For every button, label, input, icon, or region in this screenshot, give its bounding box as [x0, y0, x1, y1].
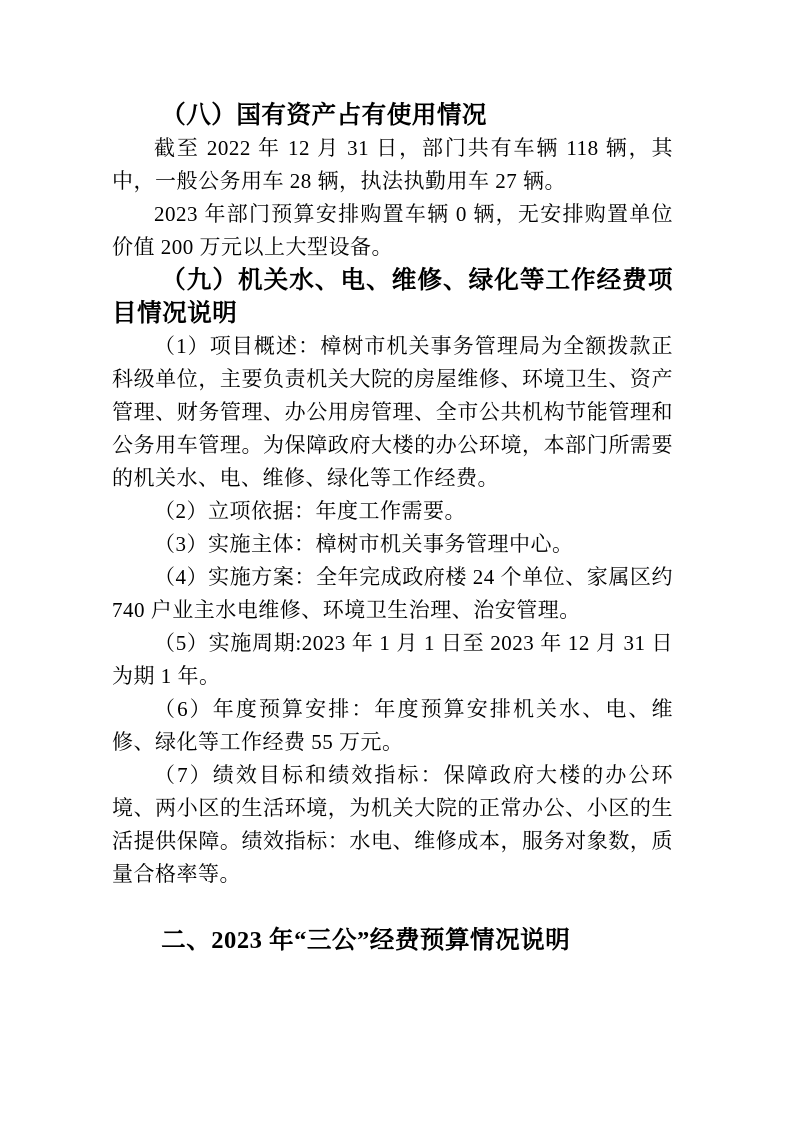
blank-line: [112, 891, 673, 924]
paragraph-vehicle-purchase-plan: 2023 年部门预算安排购置车辆 0 辆，无安排购置单位价值 200 万元以上大…: [112, 198, 673, 264]
paragraph-project-plan: （4）实施方案：全年完成政府楼 24 个单位、家属区约 740 户业主水电维修、…: [112, 561, 673, 627]
heading-state-assets-usage: （八）国有资产占有使用情况: [112, 99, 673, 132]
paragraph-project-overview: （1）项目概述：樟树市机关事务管理局为全额拨款正科级单位，主要负责机关大院的房屋…: [112, 330, 673, 495]
paragraph-vehicle-ownership: 截至 2022 年 12 月 31 日，部门共有车辆 118 辆，其中，一般公务…: [112, 132, 673, 198]
paragraph-project-annual-budget: （6）年度预算安排：年度预算安排机关水、电、维修、绿化等工作经费 55 万元。: [112, 693, 673, 759]
heading-sangong-expense-budget: 二、2023 年“三公”经费预算情况说明: [112, 924, 673, 957]
paragraph-project-period: （5）实施周期:2023 年 1 月 1 日至 2023 年 12 月 31 日…: [112, 627, 673, 693]
paragraph-project-performance: （7）绩效目标和绩效指标：保障政府大楼的办公环境、两小区的生活环境，为机关大院的…: [112, 759, 673, 891]
paragraph-project-implementer: （3）实施主体：樟树市机关事务管理中心。: [112, 528, 673, 561]
document-page: （八）国有资产占有使用情况 截至 2022 年 12 月 31 日，部门共有车辆…: [0, 0, 793, 1122]
heading-utilities-project-explanation: （九）机关水、电、维修、绿化等工作经费项目情况说明: [112, 264, 673, 330]
paragraph-project-basis: （2）立项依据：年度工作需要。: [112, 495, 673, 528]
